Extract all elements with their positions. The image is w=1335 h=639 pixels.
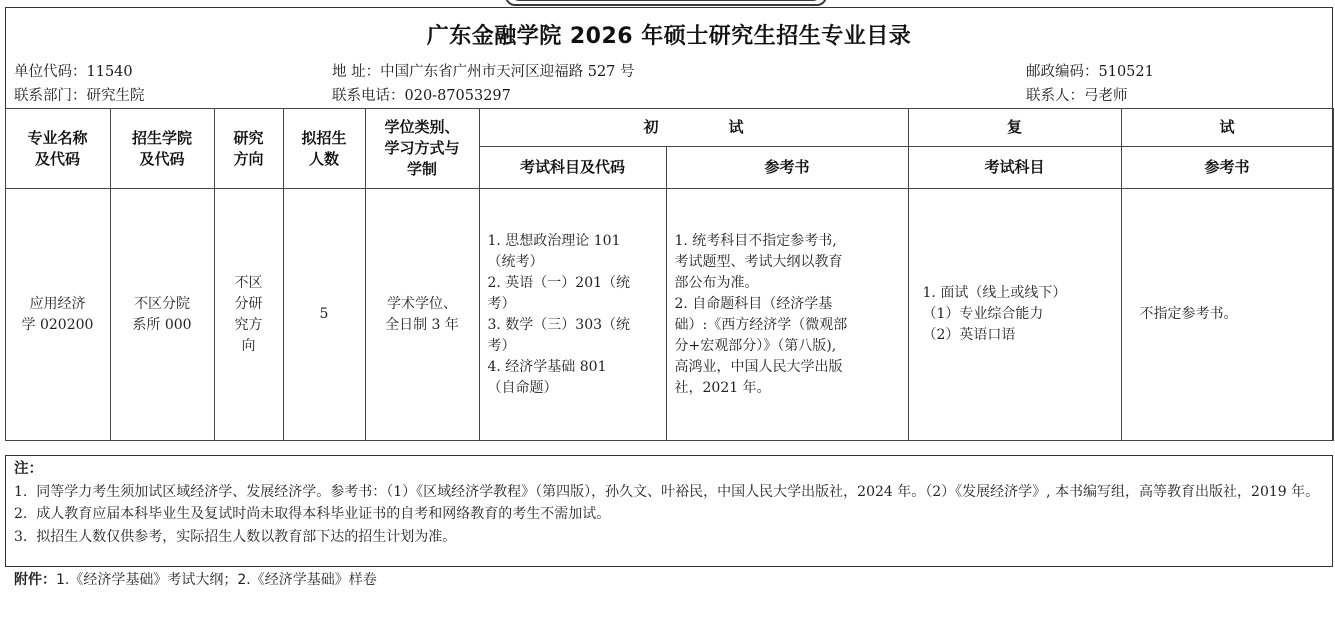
- info-row-1: 单位代码：11540 地 址：中国广东省广州市天河区迎福路 527 号 邮政编码…: [6, 60, 1332, 84]
- cell-retest-subjects: 1. 面试（线上或线下） （1）专业综合能力 （2）英语口语: [908, 189, 1121, 441]
- header-quota: 拟招生 人数: [283, 109, 365, 189]
- header-college: 招生学院 及代码: [110, 109, 214, 189]
- header-preliminary-exam: 初试: [479, 109, 908, 147]
- address: 地 址：中国广东省广州市天河区迎福路 527 号: [332, 60, 635, 84]
- attachments: 附件：1.《经济学基础》考试大纲；2.《经济学基础》样卷: [14, 569, 377, 591]
- department: 联系部门：研究生院: [14, 84, 145, 108]
- info-row-2: 联系部门：研究生院 联系电话：020-87053297 联系人：弓老师: [6, 84, 1332, 108]
- catalog-sheet: 广东金融学院 2026 年硕士研究生招生专业目录 单位代码：11540 地 址：…: [5, 7, 1333, 441]
- note-item-2: 2. 成人教育应届本科毕业生及复试时尚未取得本科毕业证书的自考和网络教育的考生不…: [14, 503, 1324, 526]
- top-tab-decoration: [505, 0, 827, 6]
- cell-college: 不区分院 系所 000: [110, 189, 214, 441]
- cell-direction: 不区 分研 究方 向: [214, 189, 283, 441]
- header-direction: 研究 方向: [214, 109, 283, 189]
- header-prelim-books: 参考书: [666, 147, 908, 189]
- postal-code: 邮政编码：510521: [1026, 60, 1154, 84]
- header-prelim-subjects: 考试科目及代码: [479, 147, 666, 189]
- header-degree: 学位类别、 学习方式与 学制: [365, 109, 479, 189]
- notes-section: 注： 1. 同等学力考生须加试区域经济学、发展经济学。参考书：（1）《区域经济学…: [5, 455, 1333, 567]
- header-row-1: 专业名称 及代码 招生学院 及代码 研究 方向 拟招生 人数 学位类别、 学习方…: [5, 109, 1333, 147]
- note-item-3: 3. 拟招生人数仅供参考，实际招生人数以教育部下达的招生计划为准。: [14, 526, 1324, 549]
- major-catalog-table: 专业名称 及代码 招生学院 及代码 研究 方向 拟招生 人数 学位类别、 学习方…: [5, 108, 1334, 441]
- cell-prelim-books: 1. 统考科目不指定参考书, 考试题型、考试大纲以教育 部公布为准。 2. 自命…: [666, 189, 908, 441]
- phone: 联系电话：020-87053297: [332, 84, 511, 108]
- header-retest-subjects: 考试科目: [908, 147, 1121, 189]
- cell-major: 应用经济 学 020200: [5, 189, 110, 441]
- attachments-links[interactable]: 1.《经济学基础》考试大纲；2.《经济学基础》样卷: [56, 572, 377, 588]
- cell-degree: 学术学位、 全日制 3 年: [365, 189, 479, 441]
- header-major: 专业名称 及代码: [5, 109, 110, 189]
- table-row: 应用经济 学 020200 不区分院 系所 000 不区 分研 究方 向 5 学…: [5, 189, 1333, 441]
- header-retest-left: 复: [908, 109, 1121, 147]
- unit-code: 单位代码：11540: [14, 60, 133, 84]
- header-retest-right: 试: [1121, 109, 1333, 147]
- contact-person: 联系人：弓老师: [1026, 84, 1128, 108]
- header-retest-books: 参考书: [1121, 147, 1333, 189]
- notes-heading: 注：: [14, 458, 1324, 481]
- note-item-1: 1. 同等学力考生须加试区域经济学、发展经济学。参考书：（1）《区域经济学教程》…: [14, 481, 1324, 504]
- page-title: 广东金融学院 2026 年硕士研究生招生专业目录: [6, 8, 1332, 60]
- attachments-label: 附件：: [14, 572, 56, 588]
- cell-retest-books: 不指定参考书。: [1121, 189, 1333, 441]
- cell-prelim-subjects: 1. 思想政治理论 101 （统考） 2. 英语（一）201（统 考） 3. 数…: [479, 189, 666, 441]
- cell-quota: 5: [283, 189, 365, 441]
